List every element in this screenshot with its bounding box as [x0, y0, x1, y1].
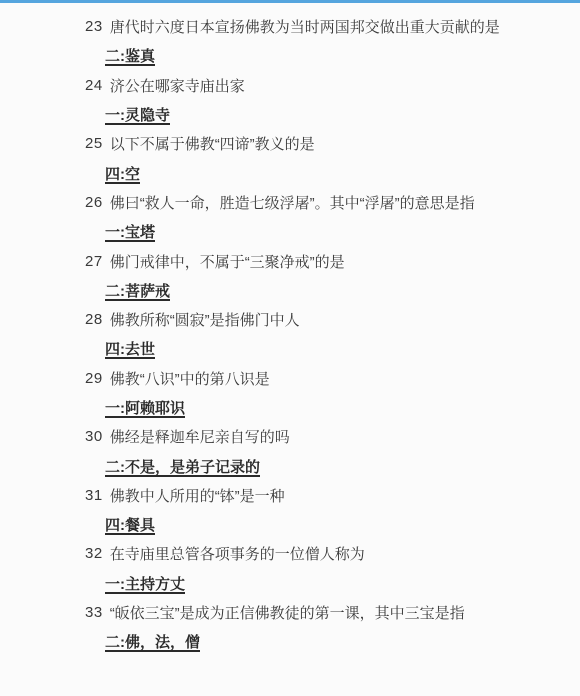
answer-text: 四:空	[105, 163, 140, 184]
qa-item: 24 济公在哪家寺庙出家 一:灵隐寺	[0, 71, 580, 130]
answer-line: 二:佛，法，僧	[0, 627, 580, 656]
qa-item: 26 佛曰“救人一命，胜造七级浮屠”。其中“浮屠”的意思是指 一:宝塔	[0, 188, 580, 247]
question-number: 27	[85, 253, 103, 270]
answer-line: 一:灵隐寺	[0, 100, 580, 129]
answer-line: 二:不是，是弟子记录的	[0, 451, 580, 480]
answer-text: 一:主持方丈	[105, 573, 185, 594]
question-number: 28	[85, 311, 103, 328]
answer-text: 二:鉴真	[105, 45, 155, 66]
question-number: 23	[85, 18, 103, 35]
question-line: 30 佛经是释迦牟尼亲自写的吗	[0, 422, 580, 451]
answer-text: 二:菩萨戒	[105, 280, 170, 301]
question-text: 在寺庙里总管各项事务的一位僧人称为	[110, 543, 365, 564]
question-text: 佛教中人所用的“钵”是一种	[110, 485, 285, 506]
qa-item: 28 佛教所称“圆寂”是指佛门中人 四:去世	[0, 305, 580, 364]
question-number: 33	[85, 604, 103, 621]
question-number: 31	[85, 487, 103, 504]
qa-item: 23 唐代时六度日本宣扬佛教为当时两国邦交做出重大贡献的是 二:鉴真	[0, 12, 580, 71]
question-text: 唐代时六度日本宣扬佛教为当时两国邦交做出重大贡献的是	[110, 16, 500, 37]
qa-item: 25 以下不属于佛教“四谛”教义的是 四:空	[0, 129, 580, 188]
qa-item: 32 在寺庙里总管各项事务的一位僧人称为 一:主持方丈	[0, 539, 580, 598]
question-text: 济公在哪家寺庙出家	[110, 75, 245, 96]
answer-text: 四:去世	[105, 338, 155, 359]
question-number: 29	[85, 370, 103, 387]
question-text: 佛经是释迦牟尼亲自写的吗	[110, 426, 290, 447]
answer-line: 四:空	[0, 158, 580, 187]
question-text: “皈依三宝”是成为正信佛教徒的第一课，其中三宝是指	[110, 602, 465, 623]
question-text: 佛曰“救人一命，胜造七级浮屠”。其中“浮屠”的意思是指	[110, 192, 475, 213]
question-text: 佛教“八识”中的第八识是	[110, 368, 270, 389]
question-line: 24 济公在哪家寺庙出家	[0, 71, 580, 100]
answer-text: 一:宝塔	[105, 221, 155, 242]
question-number: 32	[85, 545, 103, 562]
question-line: 23 唐代时六度日本宣扬佛教为当时两国邦交做出重大贡献的是	[0, 12, 580, 41]
answer-line: 一:宝塔	[0, 217, 580, 246]
answer-text: 四:餐具	[105, 514, 155, 535]
qa-item: 29 佛教“八识”中的第八识是 一:阿赖耶识	[0, 364, 580, 423]
answer-line: 一:阿赖耶识	[0, 393, 580, 422]
question-line: 33 “皈依三宝”是成为正信佛教徒的第一课，其中三宝是指	[0, 598, 580, 627]
question-line: 29 佛教“八识”中的第八识是	[0, 364, 580, 393]
question-line: 25 以下不属于佛教“四谛”教义的是	[0, 129, 580, 158]
answer-text: 一:阿赖耶识	[105, 397, 185, 418]
question-number: 30	[85, 428, 103, 445]
answer-line: 四:去世	[0, 334, 580, 363]
question-line: 26 佛曰“救人一命，胜造七级浮屠”。其中“浮屠”的意思是指	[0, 188, 580, 217]
question-line: 31 佛教中人所用的“钵”是一种	[0, 481, 580, 510]
question-number: 25	[85, 135, 103, 152]
qa-item: 27 佛门戒律中，不属于“三聚净戒”的是 二:菩萨戒	[0, 246, 580, 305]
question-number: 24	[85, 77, 103, 94]
answer-text: 二:佛，法，僧	[105, 631, 200, 652]
answer-line: 二:鉴真	[0, 41, 580, 70]
qa-item: 33 “皈依三宝”是成为正信佛教徒的第一课，其中三宝是指 二:佛，法，僧	[0, 598, 580, 657]
question-line: 27 佛门戒律中，不属于“三聚净戒”的是	[0, 246, 580, 275]
question-text: 以下不属于佛教“四谛”教义的是	[110, 133, 315, 154]
answer-text: 一:灵隐寺	[105, 104, 170, 125]
answer-line: 二:菩萨戒	[0, 276, 580, 305]
question-number: 26	[85, 194, 103, 211]
qa-item: 30 佛经是释迦牟尼亲自写的吗 二:不是，是弟子记录的	[0, 422, 580, 481]
answer-line: 四:餐具	[0, 510, 580, 539]
question-text: 佛教所称“圆寂”是指佛门中人	[110, 309, 300, 330]
answer-line: 一:主持方丈	[0, 569, 580, 598]
question-text: 佛门戒律中，不属于“三聚净戒”的是	[110, 251, 345, 272]
answer-text: 二:不是，是弟子记录的	[105, 456, 260, 477]
question-line: 28 佛教所称“圆寂”是指佛门中人	[0, 305, 580, 334]
quiz-list: 23 唐代时六度日本宣扬佛教为当时两国邦交做出重大贡献的是 二:鉴真 24 济公…	[0, 3, 580, 657]
question-line: 32 在寺庙里总管各项事务的一位僧人称为	[0, 539, 580, 568]
qa-item: 31 佛教中人所用的“钵”是一种 四:餐具	[0, 481, 580, 540]
